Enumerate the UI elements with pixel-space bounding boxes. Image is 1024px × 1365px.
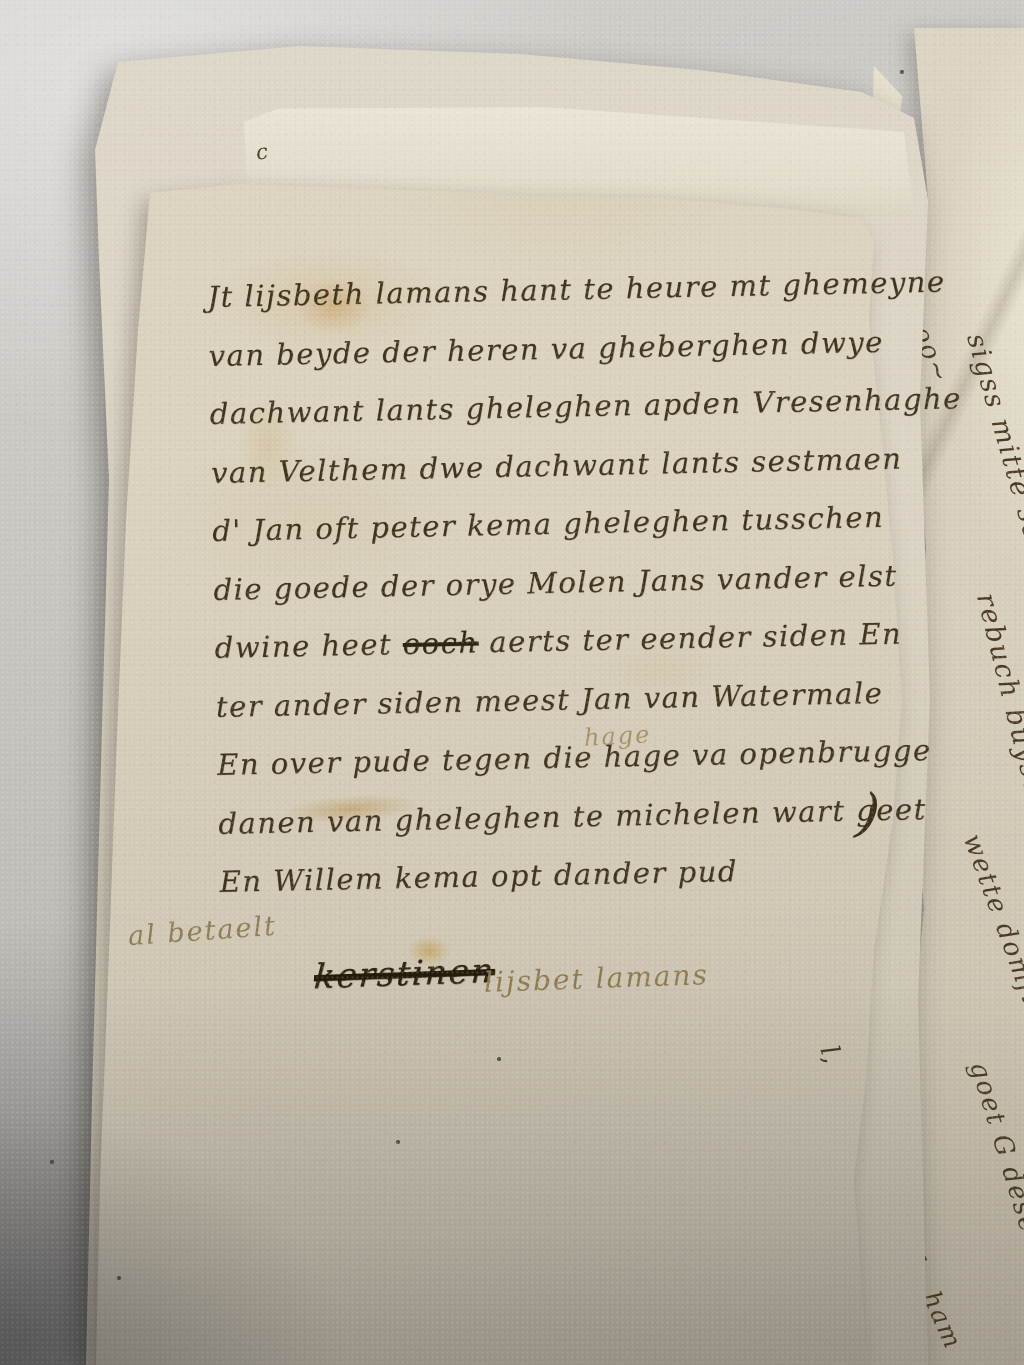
manuscript-text: Jt lijsbeth lamans hant te heure mt ghem… (207, 266, 910, 924)
interlinear-note: hage (583, 720, 652, 751)
signature-struck: kerstinen (313, 951, 497, 997)
dust-speck (396, 1140, 400, 1144)
dust-speck (117, 1276, 121, 1280)
line-text: dwine heet (214, 627, 403, 665)
dust-speck (50, 1160, 54, 1164)
dust-speck (497, 1057, 501, 1061)
dust-speck (900, 70, 904, 74)
photo-of-manuscript: soo~ sigss mitte ses d' rebuch buyser d'… (0, 0, 1024, 1365)
strikethrough-word: ooch (402, 625, 479, 661)
